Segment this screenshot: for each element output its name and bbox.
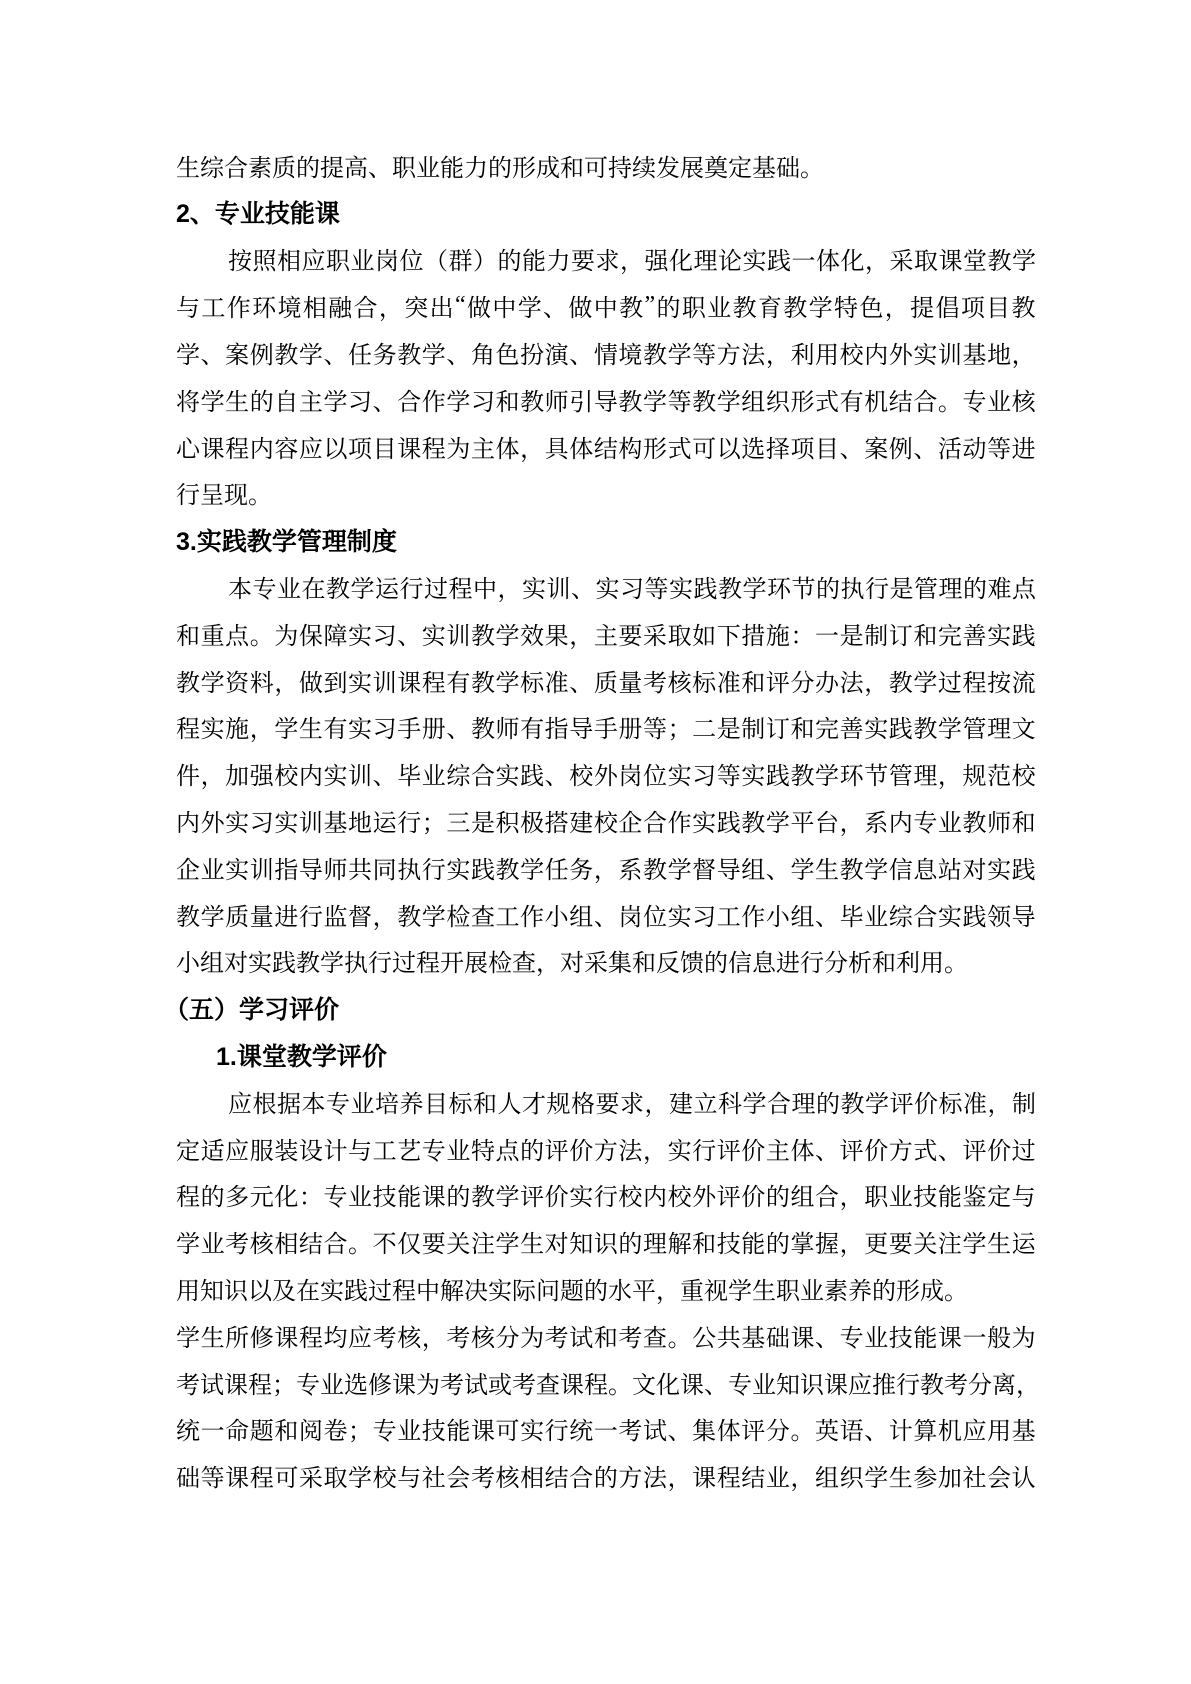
char: 生 [520,1224,544,1259]
char: 实 [348,616,372,651]
char: 定 [176,1131,200,1166]
char: 的 [963,569,987,604]
char: 出 [430,288,454,323]
char: 学 [668,850,692,885]
char: 行 [545,1411,569,1446]
char: ， [988,1084,1012,1119]
char: 注 [938,1224,962,1259]
char: 实 [987,850,1011,885]
char: 质 [594,663,618,698]
char: 项 [790,429,814,464]
char: 标 [520,663,544,698]
char: 过 [938,663,962,698]
char: 评 [840,1131,864,1166]
char: ， [643,1131,667,1166]
char: 内 [864,335,888,370]
char: 一 [815,616,839,651]
char: 运 [375,569,399,604]
char: 学 [518,288,542,323]
char: 考 [944,1365,968,1400]
char: 校 [274,756,298,791]
char: 制 [741,709,765,744]
char: 用 [987,1411,1011,1446]
char: 教 [692,382,716,417]
char: 解 [668,1224,692,1259]
char: 和 [176,616,200,651]
char: 能 [522,241,546,276]
char: 关 [446,1224,470,1259]
char: 资 [225,663,249,698]
char: 集 [692,1411,716,1446]
char: 业 [938,803,962,838]
char: 适 [201,1131,225,1166]
char: 规 [963,756,987,791]
char: 有 [840,382,864,417]
char: 地 [987,335,1011,370]
char: 习 [692,756,716,791]
char: 行 [692,1131,716,1166]
char: 准 [963,1084,987,1119]
char: 校 [569,756,593,791]
char: 果 [545,616,569,651]
char: 企 [618,803,642,838]
char: 和 [1012,803,1036,838]
char: 工 [717,897,741,932]
char: 标 [449,1084,473,1119]
char: 实 [348,709,372,744]
char: 查 [643,1318,667,1353]
char: 学 [176,1318,200,1353]
char: 的 [520,1131,544,1166]
char: 、 [397,616,421,651]
char: ； [668,709,692,744]
char: 或 [488,1365,512,1400]
char: 可 [692,429,716,464]
char: 、 [864,1411,888,1446]
char: 试 [643,1411,667,1446]
char: 基 [323,803,347,838]
char: 等 [987,429,1011,464]
char: 实 [741,756,765,791]
char: 学 [446,382,470,417]
char: 为 [520,1318,544,1353]
text-line: 生综合素质的提高、职业能力的形成和可持续发展奠定基础。 [176,142,1036,189]
char: 要 [618,616,642,651]
char: 程 [248,1365,272,1400]
char: ； [422,803,446,838]
char: 艺 [397,1131,421,1166]
char: 实 [225,803,249,838]
char: 程 [299,1318,323,1353]
char: 理 [792,1084,816,1119]
char: 实 [668,1131,692,1166]
char: 评 [520,1177,544,1212]
char: 合 [913,897,937,932]
char: 践 [520,756,544,791]
char: 教 [643,850,667,885]
char: 实 [596,569,620,604]
char: 所 [225,1318,249,1353]
char: 核 [397,1318,421,1353]
char: 位 [643,756,667,791]
char: 理 [694,241,718,276]
char: 专 [840,1318,864,1353]
char: 要 [422,1224,446,1259]
char: 管 [889,756,913,791]
char: 价 [569,1131,593,1166]
char: 实 [692,803,716,838]
char: 教 [741,803,765,838]
char: 统 [569,1411,593,1446]
char: 求 [596,241,620,276]
line-text: 2、专业技能课 [176,194,340,230]
char: 对 [545,1224,569,1259]
char: 导 [299,850,323,885]
char: 课 [274,1318,298,1353]
char: 学 [864,1458,888,1493]
char: 学 [913,663,937,698]
char: 统 [176,1411,200,1446]
char: 业 [864,1318,888,1353]
char: 例 [250,335,274,370]
char: 合 [913,382,937,417]
char: 共 [348,850,372,885]
char: 中 [594,288,618,323]
char: 可 [496,1411,520,1446]
char: 结 [299,1224,323,1259]
char: 组 [790,897,814,932]
char: 评 [717,1177,741,1212]
char: 查 [471,897,495,932]
char: 握 [815,1224,839,1259]
char: 选 [741,429,765,464]
text-line: 与工作环境相融合，突出“做中学、做中教”的职业教育教学特色，提倡项目教 [176,282,1036,329]
char: 教 [733,288,757,323]
char: 相 [277,241,301,276]
char: 学 [790,850,814,885]
char: 要 [571,241,595,276]
char: 与 [397,1458,421,1493]
char: 工 [496,897,520,932]
char: 知 [776,1365,800,1400]
char: 学 [299,335,323,370]
char: 、 [938,1131,962,1166]
char: 学 [809,288,833,323]
char: 综 [446,756,470,791]
char: 有 [446,663,470,698]
char: 点 [496,1131,520,1166]
char: 实 [987,616,1011,651]
char: 化 [669,241,693,276]
char: 学 [496,1224,520,1259]
char: 合 [354,288,378,323]
char: 用 [815,335,839,370]
char: 考 [446,1318,470,1353]
char: 位 [643,897,667,932]
char: 企 [176,850,200,885]
char: 项 [961,288,985,323]
char: 实 [348,663,372,698]
char: 核 [250,1224,274,1259]
char: 语 [840,1411,864,1446]
char: 理 [913,756,937,791]
char: 内 [643,1177,667,1212]
char: 课 [692,1458,716,1493]
char: 境 [618,335,642,370]
char: 学 [496,616,520,651]
char: 实 [323,756,347,791]
char: 技 [889,1318,913,1353]
char: 核 [471,1318,495,1353]
char: 学 [743,1084,767,1119]
char: 命 [225,1411,249,1446]
char: 生 [299,709,323,744]
char: 定 [987,1177,1011,1212]
text-line: 和重点。为保障实习、实训教学效果，主要采取如下措施：一是制订和完善实践 [176,610,1036,657]
char: 习 [692,897,716,932]
char: 的 [618,1224,642,1259]
char: 是 [890,569,914,604]
char: 程 [584,1365,608,1400]
char: 、 [545,756,569,791]
char: 对 [963,850,987,885]
char: 是 [717,709,741,744]
char: 考 [176,1365,200,1400]
char: 引 [569,382,593,417]
line-text: 3.实践教学管理制度 [176,522,397,558]
char: 具 [545,429,569,464]
char: 下 [717,616,741,651]
char: 平 [790,803,814,838]
char: ， [422,1318,446,1353]
char: 综 [889,897,913,932]
char: 专 [373,1411,397,1446]
char: 情 [594,335,618,370]
char: 应 [302,241,326,276]
char: 师 [323,850,347,885]
char: 程 [422,663,446,698]
char: 与 [176,288,200,323]
char: 实 [522,569,546,604]
char: 导 [594,382,618,417]
char: 点 [1012,569,1036,604]
char: 学 [323,382,347,417]
char: 教 [326,569,350,604]
line-text: 用知识以及在实践过程中解决实际问题的水平，重视学生职业素养的形成。 [176,1271,968,1306]
char: 务 [373,335,397,370]
char: 课 [201,429,225,464]
char: 业 [348,1177,372,1212]
text-line: 件，加强校内实训、毕业综合实践、校外岗位实习等实践教学环节管理，规范校 [176,750,1036,797]
char: 教 [643,335,667,370]
char: 。 [668,1318,692,1353]
char: 主 [594,616,618,651]
char: 采 [890,241,914,276]
char: 一 [792,241,816,276]
char: 有 [520,709,544,744]
char: 的 [446,1177,470,1212]
char: 职 [682,288,706,323]
char: 更 [864,1224,888,1259]
char: 基 [963,335,987,370]
char: （ [424,241,448,276]
char: 办 [815,663,839,698]
char: 学 [865,1084,889,1119]
char: 督 [692,850,716,885]
char: ， [668,1458,692,1493]
char: 做 [299,663,323,698]
char: 方 [717,335,741,370]
char: 完 [815,709,839,744]
char: 践 [694,569,718,604]
char: 实 [201,709,225,744]
text-line: 学业考核相结合。不仅要关注学生对知识的理解和技能的掌握，更要关注学生运 [176,1218,1036,1265]
char: 范 [987,756,1011,791]
char: 方 [594,1131,618,1166]
char: 业 [201,850,225,885]
char: 专 [422,1131,446,1166]
char: 程 [449,569,473,604]
char: 过 [1012,1131,1036,1166]
char: 多 [225,1177,249,1212]
char: 的 [498,241,522,276]
char: 如 [692,616,716,651]
char: 、 [840,429,864,464]
char: ， [840,1224,864,1259]
char: 。 [608,1365,632,1400]
char: 容 [274,429,298,464]
char: 教 [176,897,200,932]
char: 社 [963,1458,987,1493]
char: 学 [766,803,790,838]
char: 能 [741,1224,765,1259]
char: 组 [815,1458,839,1493]
char: 技 [422,1411,446,1446]
char: 业 [397,1411,421,1446]
char: 课 [225,1458,249,1493]
char: 、 [446,335,470,370]
char: 检 [446,897,470,932]
char: 理 [987,709,1011,744]
char: 的 [594,1458,618,1493]
char: 角 [471,335,495,370]
char: 业 [446,1131,470,1166]
char: 督 [348,897,372,932]
char: 装 [274,1131,298,1166]
char: 学 [717,382,741,417]
char: 执 [841,569,865,604]
char: 法 [618,1131,642,1166]
text-line: 程实施，学生有实习手册、教师有指导手册等；二是制订和完善实践教学管理文 [176,704,1036,751]
char: 课 [392,1365,416,1400]
char: 学 [348,1458,372,1493]
char: 导 [1012,897,1036,932]
char: 式 [815,382,839,417]
char: 是 [840,616,864,651]
char: 训 [547,569,571,604]
char: 等 [201,1458,225,1493]
char: 技 [373,1177,397,1212]
char: 业 [889,1177,913,1212]
char: 运 [373,803,397,838]
char: 能 [938,1177,962,1212]
char: 中 [473,569,497,604]
char: 合 [815,1177,839,1212]
char: 可 [274,1458,298,1493]
char: 结 [889,382,913,417]
char: 能 [446,1411,470,1446]
char: 本 [302,1084,326,1119]
char: 课 [824,1365,848,1400]
char: 践 [1012,850,1036,885]
char: 措 [741,616,765,651]
char: 色 [859,288,883,323]
char: 、 [704,1365,728,1400]
char: 考 [225,1224,249,1259]
char: 格 [571,1084,595,1119]
char: 主 [766,1131,790,1166]
char: 学 [963,1224,987,1259]
char: 工 [201,288,225,323]
char: 法 [741,335,765,370]
char: 照 [253,241,277,276]
char: 的 [657,288,681,323]
char: 般 [987,1318,1011,1353]
char: 教 [520,382,544,417]
section-heading: 1.课堂教学评价 [216,1031,1036,1078]
char: 、 [668,1411,692,1446]
char: 善 [840,709,864,744]
char: 合 [323,1224,347,1259]
char: 践 [717,803,741,838]
char: 极 [520,803,544,838]
char: 师 [496,709,520,744]
char: 案 [864,429,888,464]
char: 不 [373,1224,397,1259]
char: 建 [569,803,593,838]
char: 岗 [375,241,399,276]
char: 量 [618,663,642,698]
char: 的 [816,569,840,604]
char: 评 [717,1131,741,1166]
char: 论 [718,241,742,276]
char: 践 [766,756,790,791]
char: ， [840,803,864,838]
char: 强 [645,241,669,276]
char: 卷 [323,1411,347,1446]
char: 为 [416,1365,440,1400]
char: 础 [176,1458,200,1493]
char: 监 [323,897,347,932]
char: 课 [790,1318,814,1353]
char: 内 [299,756,323,791]
char: 执 [397,850,421,885]
char: 件 [176,756,200,791]
char: 在 [302,569,326,604]
char: ， [1016,1365,1040,1400]
section-heading: 3.实践教学管理制度 [176,516,1036,563]
char: 课 [560,1365,584,1400]
char: 评 [963,1131,987,1166]
char: 关 [913,1224,937,1259]
char: 训 [938,335,962,370]
char: 导 [717,850,741,885]
text-line: 将学生的自主学习、合作学习和教师引导教学等教学组织形式有机结合。专业核 [176,376,1036,423]
char: 过 [424,569,448,604]
char: 进 [274,897,298,932]
char: 、 [373,756,397,791]
char: 学 [1012,241,1036,276]
